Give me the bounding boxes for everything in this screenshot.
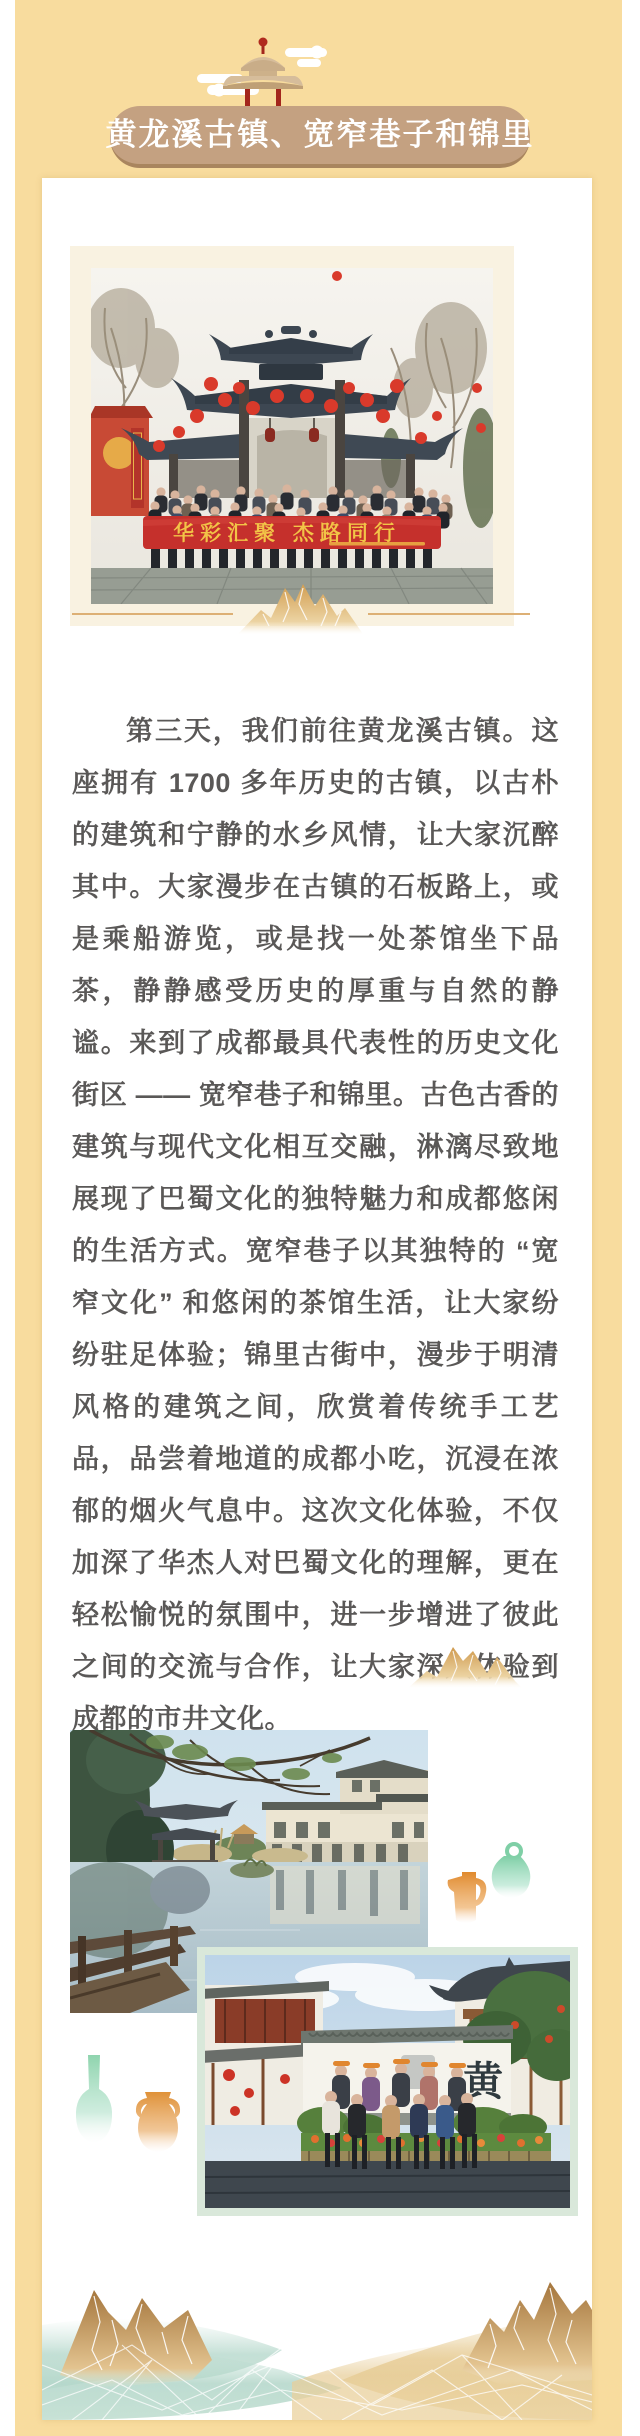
divider-line-right: [368, 613, 530, 615]
slogan-text: 华彩汇聚 杰路同行: [173, 521, 401, 545]
article-card: 华彩汇聚 杰路同行: [42, 178, 592, 2420]
teapot-icon: [442, 1870, 490, 1926]
amphora-icon: [133, 2092, 183, 2152]
article-paragraph: 第三天，我们前往黄龙溪古镇。这座拥有 1700 多年历史的古镇，以古朴的建筑和宁…: [72, 705, 559, 1745]
section-title: 黄龙溪古镇、宽窄巷子和锦里: [106, 106, 535, 164]
article-page: 黄龙溪古镇、宽窄巷子和锦里: [0, 0, 640, 2436]
mountain-divider-icon: [233, 582, 368, 636]
footer-landscape-art: [42, 2270, 592, 2420]
cloud-right-icon: [285, 47, 327, 67]
left-mountains: [60, 2290, 212, 2388]
wall-group-photo[interactable]: 黄: [205, 1955, 570, 2208]
mountain-divider-right-icon: [405, 1641, 525, 1691]
vase-icon: [75, 2055, 113, 2147]
section-title-banner: 黄龙溪古镇、宽窄巷子和锦里: [110, 106, 530, 168]
pavilion-roof: [223, 38, 303, 90]
gate-group-photo[interactable]: 华彩汇聚 杰路同行: [91, 268, 493, 604]
pavilion-icon: [193, 34, 333, 112]
red-stall: [91, 406, 153, 516]
slogan-banner: 华彩汇聚 杰路同行: [143, 516, 441, 549]
photo-frame-cream: 华彩汇聚 杰路同行: [70, 246, 514, 626]
islet: [230, 1862, 274, 1878]
gourd-vase-icon: [490, 1842, 532, 1900]
divider-line-left: [72, 613, 233, 615]
photo-frame-green: 黄: [197, 1947, 578, 2216]
